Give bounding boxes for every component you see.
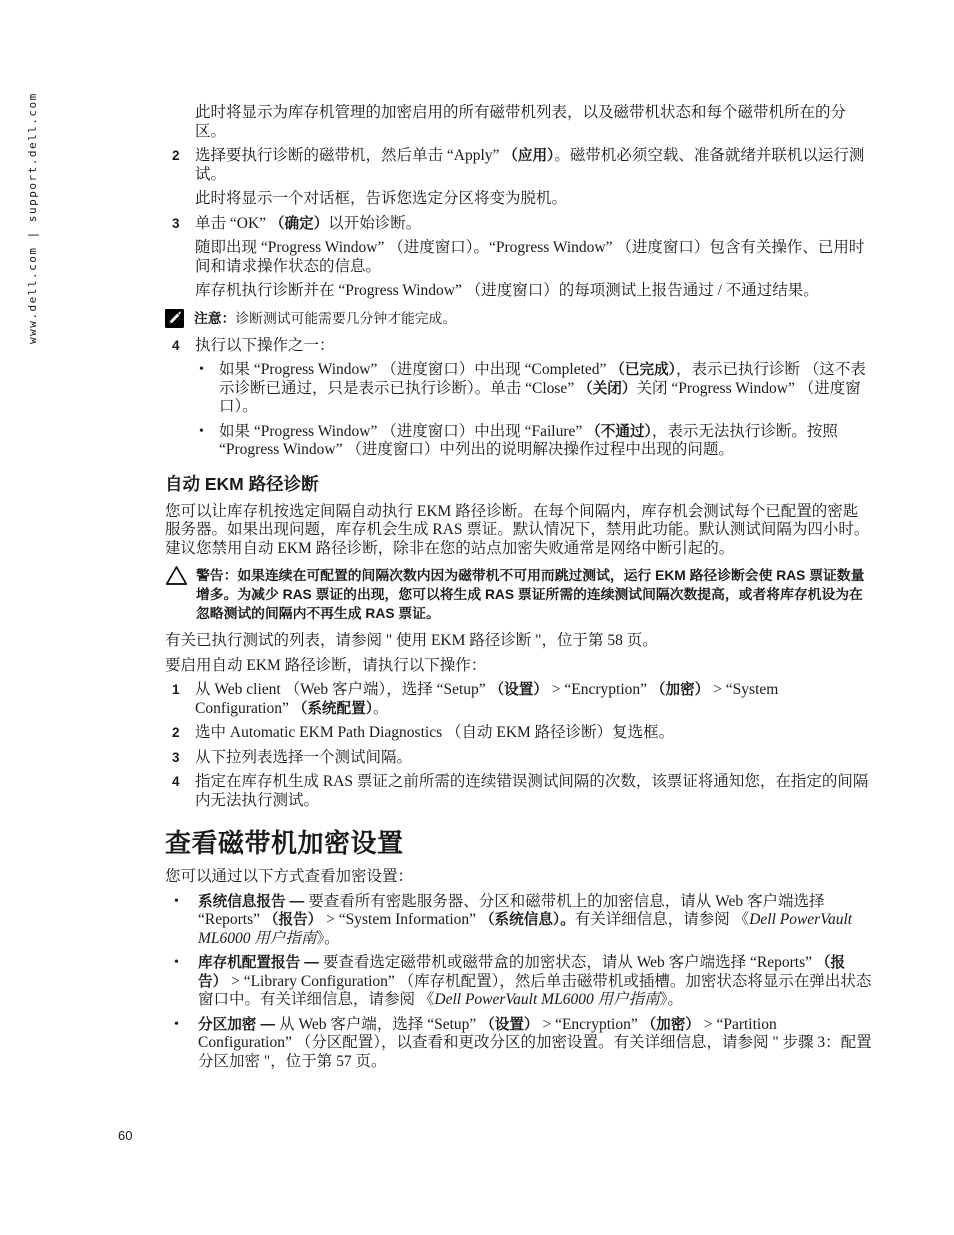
- text-run: 您可以通过以下方式查看加密设置：: [165, 868, 413, 885]
- text-run: （加密）: [642, 1017, 700, 1033]
- doc-block-step: 3从下拉列表选择一个测试间隔。: [165, 749, 873, 768]
- text-run: 系统信息报告 —: [198, 894, 308, 910]
- text-run: 如果 “Progress Window” （进度窗口）中出现 “Failure”: [219, 423, 586, 440]
- step-text: 选中 Automatic EKM Path Diagnostics （自动 EK…: [195, 724, 873, 743]
- doc-block-bullet1: •分区加密 — 从 Web 客户端，选择 “Setup” （设置） > “Enc…: [174, 1016, 873, 1072]
- text-run: 此时将显示一个对话框，告诉您选定分区将变为脱机。: [195, 190, 567, 207]
- doc-block-cont: 此时将显示为库存机管理的加密启用的所有磁带机列表，以及磁带机状态和每个磁带机所在…: [195, 104, 873, 141]
- text-run: 诊断测试可能需要几分钟才能完成。: [235, 311, 456, 326]
- text-run: 指定在库存机生成 RAS 票证之前所需的连续错误测试间隔的次数，该票证将通知您，…: [195, 773, 868, 809]
- doc-block-step: 4执行以下操作之一：: [165, 337, 873, 356]
- text-run: （应用）: [503, 148, 554, 164]
- text-run: Dell PowerVault ML6000 用户指南: [434, 991, 659, 1008]
- step-number: 3: [165, 215, 195, 234]
- step-text: 从 Web client （Web 客户端），选择 “Setup” （设置） >…: [195, 681, 873, 718]
- document-content: 此时将显示为库存机管理的加密启用的所有磁带机列表，以及磁带机状态和每个磁带机所在…: [165, 104, 873, 1077]
- note-text: 注意：诊断测试可能需要几分钟才能完成。: [194, 309, 873, 328]
- text-run: 》。: [316, 930, 339, 947]
- text-run: 以开始诊断。: [328, 215, 421, 232]
- text-run: 要查看选定磁带机或磁带盒的加密状态，请从 Web 客户端选择 “Reports”: [323, 954, 816, 971]
- doc-block-cont: 随即出现 “Progress Window” （进度窗口）。“Progress …: [195, 239, 873, 276]
- text-run: > “System Information”: [322, 911, 480, 928]
- text-run: 随即出现 “Progress Window” （进度窗口）。“Progress …: [195, 239, 864, 275]
- note-pencil-icon: [165, 309, 184, 328]
- text-run: > “Encryption”: [548, 681, 651, 698]
- sidebar-vertical-text: www.dell.com | support.dell.com: [26, 108, 39, 344]
- bullet-dot-icon: •: [174, 1016, 198, 1072]
- text-run: > “Encryption”: [539, 1016, 642, 1033]
- bullet-text: 库存机配置报告 — 要查看选定磁带机或磁带盒的加密状态，请从 Web 客户端选择…: [198, 954, 873, 1010]
- doc-block-warning: 警告：如果连续在可配置的间隔次数内因为磁带机不可用而跳过测试，运行 EKM 路径…: [165, 566, 873, 623]
- text-run: 库存机执行诊断并在 “Progress Window” （进度窗口）的每项测试上…: [195, 282, 819, 299]
- doc-block-h1: 查看磁带机加密设置: [165, 828, 873, 858]
- doc-block-cont: 此时将显示一个对话框，告诉您选定分区将变为脱机。: [195, 190, 873, 209]
- step-text: 从下拉列表选择一个测试间隔。: [195, 749, 873, 768]
- bullet-text: 如果 “Progress Window” （进度窗口）中出现 “Failure”…: [219, 423, 873, 460]
- text-run: 。: [373, 700, 389, 717]
- doc-block-step: 2选择要执行诊断的磁带机，然后单击 “Apply” （应用）。磁带机必须空载、准…: [165, 147, 873, 184]
- text-run: （报告）: [264, 912, 322, 928]
- text-run: （加密）: [651, 682, 709, 698]
- text-run: 选中 Automatic EKM Path Diagnostics （自动 EK…: [195, 724, 674, 741]
- page-number: 60: [118, 1128, 132, 1143]
- text-run: 执行以下操作之一：: [195, 337, 335, 354]
- text-run: 从 Web client （Web 客户端），选择 “Setup”: [195, 681, 490, 698]
- text-run: （设置）: [490, 682, 548, 698]
- text-run: 如果连续在可配置的间隔次数内因为磁带机不可用而跳过测试，运行 EKM 路径诊断会…: [196, 568, 864, 621]
- text-run: 库存机配置报告 —: [198, 955, 323, 971]
- text-run: （确定）: [270, 216, 328, 232]
- doc-block-bullet2: •如果 “Progress Window” （进度窗口）中出现 “Complet…: [199, 361, 873, 417]
- text-run: （系统配置）: [293, 701, 373, 717]
- manual-page: www.dell.com | support.dell.com 此时将显示为库存…: [0, 0, 954, 1235]
- text-run: 从 Web 客户端，选择 “Setup”: [279, 1016, 480, 1033]
- text-run: 》。: [660, 991, 683, 1008]
- text-run: 有关详细信息，请参阅 《: [575, 911, 749, 928]
- text-run: 从下拉列表选择一个测试间隔。: [195, 749, 412, 766]
- doc-block-h2: 自动 EKM 路径诊断: [165, 473, 873, 495]
- text-run: （系统信息）。: [480, 912, 575, 928]
- bullet-text: 如果 “Progress Window” （进度窗口）中出现 “Complete…: [219, 361, 873, 417]
- doc-block-para: 要启用自动 EKM 路径诊断，请执行以下操作：: [165, 657, 873, 676]
- text-run: 单击 “OK”: [195, 215, 270, 232]
- warning-triangle-icon: [165, 565, 188, 586]
- text-run: 自动 EKM 路径诊断: [165, 474, 319, 494]
- text-run: 选择要执行诊断的磁带机，然后单击 “Apply”: [195, 147, 503, 164]
- doc-block-step: 1从 Web client （Web 客户端），选择 “Setup” （设置） …: [165, 681, 873, 718]
- bullet-text: 系统信息报告 — 要查看所有密匙服务器、分区和磁带机上的加密信息，请从 Web …: [198, 893, 873, 949]
- bullet-dot-icon: •: [174, 954, 198, 1010]
- bullet-dot-icon: •: [199, 361, 219, 417]
- text-run: （设置）: [480, 1017, 538, 1033]
- doc-block-bullet1: •系统信息报告 — 要查看所有密匙服务器、分区和磁带机上的加密信息，请从 Web…: [174, 893, 873, 949]
- step-number: 2: [165, 724, 195, 743]
- doc-block-note: 注意：诊断测试可能需要几分钟才能完成。: [165, 309, 873, 328]
- text-run: 有关已执行测试的列表，请参阅 " 使用 EKM 路径诊断 "，位于第 58 页。: [165, 632, 658, 649]
- step-number: 4: [165, 337, 195, 356]
- doc-block-step: 2选中 Automatic EKM Path Diagnostics （自动 E…: [165, 724, 873, 743]
- step-number: 3: [165, 749, 195, 768]
- doc-block-bullet1: •库存机配置报告 — 要查看选定磁带机或磁带盒的加密状态，请从 Web 客户端选…: [174, 954, 873, 1010]
- doc-block-cont: 库存机执行诊断并在 “Progress Window” （进度窗口）的每项测试上…: [195, 282, 873, 301]
- step-text: 执行以下操作之一：: [195, 337, 873, 356]
- text-run: 要启用自动 EKM 路径诊断，请执行以下操作：: [165, 657, 486, 674]
- step-number: 2: [165, 147, 195, 184]
- step-number: 4: [165, 773, 195, 810]
- step-text: 单击 “OK” （确定）以开始诊断。: [195, 215, 873, 234]
- step-number: 1: [165, 681, 195, 718]
- text-run: 此时将显示为库存机管理的加密启用的所有磁带机列表，以及磁带机状态和每个磁带机所在…: [195, 104, 846, 140]
- doc-block-step: 3单击 “OK” （确定）以开始诊断。: [165, 215, 873, 234]
- bullet-text: 分区加密 — 从 Web 客户端，选择 “Setup” （设置） > “Encr…: [198, 1016, 873, 1072]
- text-run: （已完成）: [610, 362, 676, 378]
- text-run: （不通过）: [586, 424, 652, 440]
- text-run: 分区加密 —: [198, 1017, 279, 1033]
- admonition-label: 警告：: [196, 568, 237, 583]
- doc-block-bullet2: •如果 “Progress Window” （进度窗口）中出现 “Failure…: [199, 423, 873, 460]
- text-run: 您可以让库存机按选定间隔自动执行 EKM 路径诊断。在每个间隔内，库存机会测试每…: [165, 503, 869, 557]
- warning-text: 警告：如果连续在可配置的间隔次数内因为磁带机不可用而跳过测试，运行 EKM 路径…: [196, 566, 873, 623]
- text-run: （关闭）: [578, 381, 636, 397]
- doc-block-para: 有关已执行测试的列表，请参阅 " 使用 EKM 路径诊断 "，位于第 58 页。: [165, 632, 873, 651]
- step-text: 指定在库存机生成 RAS 票证之前所需的连续错误测试间隔的次数，该票证将通知您，…: [195, 773, 873, 810]
- text-run: 如果 “Progress Window” （进度窗口）中出现 “Complete…: [219, 361, 610, 378]
- step-text: 选择要执行诊断的磁带机，然后单击 “Apply” （应用）。磁带机必须空载、准备…: [195, 147, 873, 184]
- bullet-dot-icon: •: [199, 423, 219, 460]
- bullet-dot-icon: •: [174, 893, 198, 949]
- doc-block-step: 4指定在库存机生成 RAS 票证之前所需的连续错误测试间隔的次数，该票证将通知您…: [165, 773, 873, 810]
- doc-block-para: 您可以让库存机按选定间隔自动执行 EKM 路径诊断。在每个间隔内，库存机会测试每…: [165, 503, 873, 559]
- text-run: 查看磁带机加密设置: [165, 828, 404, 858]
- doc-block-para: 您可以通过以下方式查看加密设置：: [165, 868, 873, 887]
- admonition-label: 注意：: [194, 311, 235, 326]
